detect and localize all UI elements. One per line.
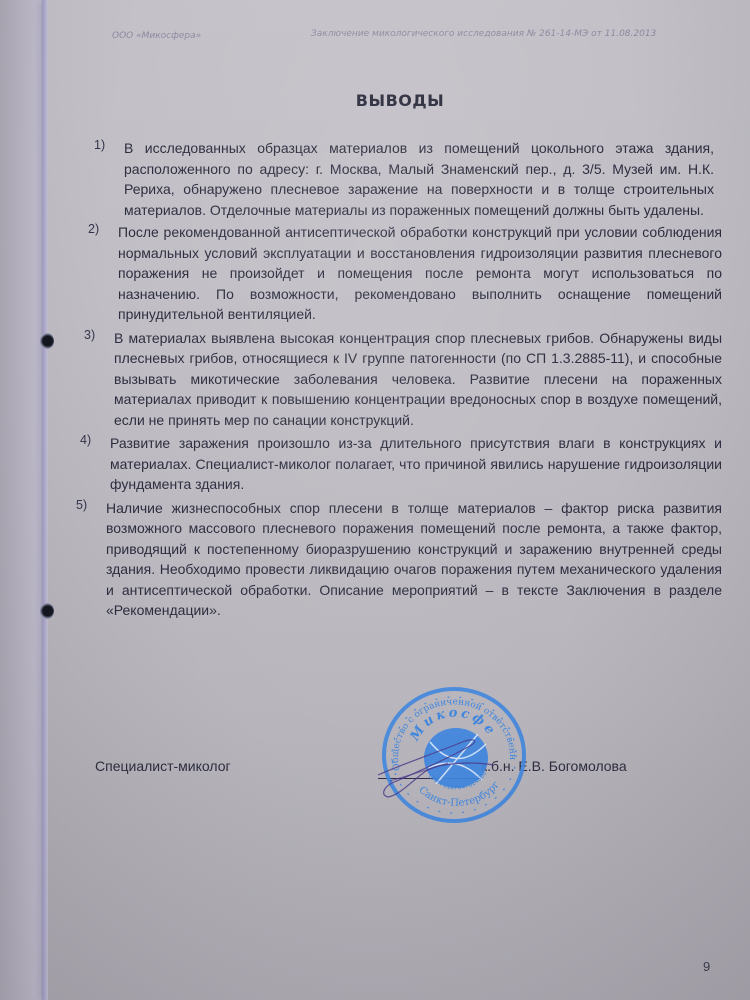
underlying-page xyxy=(0,0,46,1000)
header-organization: ООО «Микосфера» xyxy=(112,31,201,41)
handwritten-signature-icon xyxy=(370,735,500,805)
item-number: 3) xyxy=(84,328,95,342)
item-text: После рекомендованной антисептической об… xyxy=(118,222,722,325)
item-text: В исследованных образцах материалов из п… xyxy=(124,138,714,220)
list-item: 4) Развитие заражения произошло из-за дл… xyxy=(80,433,714,495)
signer-role: Специалист-миколог xyxy=(95,758,231,774)
conclusions-list: 1) В исследованных образцах материалов и… xyxy=(84,138,714,621)
item-text: Развитие заражения произошло из-за длите… xyxy=(110,433,722,495)
item-text: В материалах выявлена высокая концентрац… xyxy=(114,328,722,431)
item-number: 4) xyxy=(80,433,91,447)
list-item: 2) После рекомендованной антисептической… xyxy=(88,222,714,325)
binder-hole-icon xyxy=(40,333,54,349)
page-title: ВЫВОДЫ xyxy=(0,91,750,110)
binder-hole-icon xyxy=(40,603,54,619)
item-number: 5) xyxy=(76,498,87,512)
item-number: 1) xyxy=(94,138,105,152)
list-item: 3) В материалах выявлена высокая концент… xyxy=(84,328,714,431)
item-text: Наличие жизнеспособных спор плесени в то… xyxy=(106,498,722,621)
header-document-reference: Заключение микологического исследования … xyxy=(311,29,656,39)
list-item: 1) В исследованных образцах материалов и… xyxy=(94,138,714,220)
page-number: 9 xyxy=(703,959,710,974)
page-edge xyxy=(42,0,48,1000)
running-header: ООО «Микосфера» Заключение микологическо… xyxy=(0,27,750,43)
item-number: 2) xyxy=(88,222,99,236)
list-item: 5) Наличие жизнеспособных спор плесени в… xyxy=(76,498,714,621)
